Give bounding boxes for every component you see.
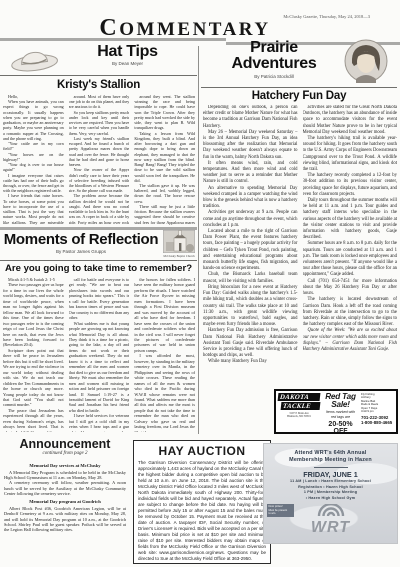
article-column: activities are slated for the Great Nort… <box>303 105 398 390</box>
moments-byline: By Pastor James Grupps <box>0 249 162 254</box>
paragraph: When you have animals, you can expect th… <box>3 99 64 141</box>
kristys-stallion-columns: Hello, When you have animals, you can ex… <box>3 94 195 225</box>
hat-tips-byline: By Dean Meyer <box>60 61 195 66</box>
church-photo <box>163 230 195 253</box>
wrt-door-prize-note: Door prizes! Must be present to win. <box>267 504 294 517</box>
paragraph: around. Most of them have only one job t… <box>69 94 130 110</box>
wrt-ad-line: • Hazen High School Gym <box>264 496 397 502</box>
article-column: around they went. The stallion winning t… <box>134 94 195 225</box>
paragraph: Hatchery Fun Day admission is free, Garr… <box>203 328 298 359</box>
kristys-stallion-headline: Kristy's Stallion <box>0 79 197 91</box>
paragraph: The peace that Jerusalem has experienced… <box>3 408 64 432</box>
paragraph: A Memorial Day Program is scheduled to b… <box>4 470 126 481</box>
cowboy-hat-icon <box>8 42 60 73</box>
wrt-ad-date: FRIDAY, JUNE 1 <box>264 470 397 479</box>
paragraph: Chub, the Bismarck Larks baseball team m… <box>203 272 298 284</box>
paragraph: May 26 – Memorial Day weekend Saturday –… <box>203 130 298 161</box>
divider <box>314 467 348 468</box>
paragraph: Located about a mile to the right of Gar… <box>203 229 298 272</box>
hatchery-headline: Hatchery Fun Day <box>201 90 397 102</box>
article-column: Micah 4:1-5 & Isaiah 2: 1-5 These two pa… <box>3 277 64 432</box>
church-photo-caption: McClusky Baptist Church <box>157 254 201 258</box>
column-divider <box>198 46 199 434</box>
dakota-tackle-logo: DAKOTA TACKLE 3107 E Main Ave Bismarck, … <box>278 393 320 430</box>
divider <box>201 87 397 88</box>
paragraph: Scripture does point out that there will… <box>3 348 64 408</box>
paragraph: Depending on one's outlook, a person can… <box>203 105 298 130</box>
paragraph: the honors for fallen soldiers. I have s… <box>134 277 195 353</box>
dakota-tackle-ad: DAKOTA TACKLE 3107 E Main Ave Bismarck, … <box>274 389 398 434</box>
remember-headline: Are you going to take time to remember? <box>0 263 197 274</box>
article-column: around. Most of them have only one job t… <box>69 94 130 225</box>
announcement-subhead: Memorial Day program at Goodrich <box>4 499 126 505</box>
hat-tips-title: Hat Tips <box>60 44 195 60</box>
columnist-headshot <box>344 39 388 83</box>
paragraph: activities are slated for the Great Nort… <box>303 105 398 136</box>
paragraph: The stallion gave it up. He was haltered… <box>134 183 195 204</box>
wrt-ad-title: Attend WRT's 64th Annual <box>264 450 397 457</box>
hay-auction-ad: HAY AUCTION The Garrison Diversion Conse… <box>133 440 271 564</box>
wrt-meeting-ad: Attend WRT's 64th Annual Membership Meet… <box>263 443 398 544</box>
ad-address: Bismarck, ND 58501 <box>278 415 320 418</box>
header-rule-left <box>0 38 226 41</box>
sale-subtext: red tags are <box>322 415 359 419</box>
divider <box>0 260 197 261</box>
hay-auction-body: The Garrison Diversion Conservancy Distr… <box>138 460 266 562</box>
paragraph: The problem arose because the stallion d… <box>69 193 130 225</box>
wrt-ad-title: Membership Meeting in Hazen <box>264 457 397 464</box>
paragraph: I have friends that raise horses. To rai… <box>3 193 64 225</box>
paragraph: So you keep stallions pretty much under … <box>69 110 130 136</box>
paragraph: "Your dog is over to our house again!" <box>3 162 64 172</box>
article-column: the honors for fallen soldiers. I have s… <box>134 277 195 432</box>
paragraph: I imagine everyone that raises cattle ha… <box>3 173 64 194</box>
paragraph: Now the owner of the Appys didn't really… <box>69 167 130 193</box>
prairie-byline: By Patricia Stockdill <box>208 74 340 79</box>
article-column: Hello, When you have animals, you can ex… <box>3 94 64 225</box>
paragraph: A cemetery ceremony will follow, weather… <box>4 480 126 496</box>
logo-text: TACKLE <box>281 402 321 410</box>
wifi-arcs-icon <box>309 504 353 517</box>
discount-text: 20-50% OFF <box>322 421 359 434</box>
paragraph: Activities get underway at 9 a.m. People… <box>203 210 298 229</box>
paragraph: I was afforded the most, however, by sta… <box>134 353 195 432</box>
hay-auction-title: HAY AUCTION <box>138 444 266 458</box>
paragraph: Daily tours throughout the summer months… <box>303 198 398 241</box>
paragraph: "Your horses are on the highway!" <box>3 152 64 162</box>
paragraph: Bring binoculars for a new event at Hatc… <box>203 285 298 328</box>
paragraph: Taking a lesson from Wild Kingdom, they … <box>134 131 195 183</box>
prairie-title-line2: Adventures <box>208 56 340 72</box>
quote-of-the-week: Quote of the Week: "We are so excited ab… <box>303 328 398 353</box>
paragraph: These two passages give us hope for a ti… <box>3 282 64 347</box>
paragraph: around they went. The stallion winning t… <box>134 94 195 131</box>
remember-columns: Micah 4:1-5 & Isaiah 2: 1-5 These two pa… <box>3 277 195 432</box>
prairie-title-line1: Prairie <box>208 40 340 56</box>
announcement-subhead: Memorial Day services at McClusky <box>4 463 126 469</box>
hatchery-columns: Depending on one's outlook, a person can… <box>203 105 397 390</box>
phone-number: 1-800-880-4665 <box>361 420 394 425</box>
article-column: Depending on one's outlook, a person can… <box>203 105 298 390</box>
paragraph: There still may be just a little frictio… <box>134 204 195 225</box>
announcement-title: Announcement <box>2 437 128 451</box>
paragraph: Last week my friend's stallion escaped. … <box>69 136 130 167</box>
article-column: call for battle and everyone is to get r… <box>69 277 130 432</box>
newspaper-page: McClusky Gazette, Thursday, May 24, 2018… <box>0 0 400 567</box>
paragraph: While many Hatchery Fun Day <box>203 359 298 365</box>
paragraph: The hatchery's hiking trail is available… <box>303 136 398 173</box>
paragraph: What saddens me is that young people are… <box>69 321 130 414</box>
hours-text: Until 9 pm <box>361 410 394 413</box>
paragraph: The hatchery recently completed a 12-foo… <box>303 173 398 198</box>
announcement-continued: continued from page 2 <box>2 451 128 456</box>
moments-title: Moments of Reflection <box>0 232 162 247</box>
announcement-body: Memorial Day services at McClusky A Memo… <box>4 460 126 564</box>
divider <box>0 75 197 76</box>
logo-text: DAKOTA <box>278 393 321 401</box>
red-tag-sale-text: Red Tag Sale! <box>322 393 359 409</box>
paragraph: Call (701) 654-7451 for more information… <box>303 279 398 298</box>
paragraph: The hatchery is located downstream of Ga… <box>303 297 398 328</box>
note-line: to win. <box>269 512 293 515</box>
paragraph: It often means wind, rain, and cold temp… <box>203 161 298 186</box>
paragraph: call for battle and everyone is to get r… <box>69 277 130 321</box>
paragraph: I have held services for veterans but I … <box>69 413 130 432</box>
wrt-logo-text: WRT <box>264 520 397 536</box>
paragraph: Summer hours are 8 a.m. to 8 p.m. daily … <box>303 241 398 278</box>
paragraph: Albert Block Post #36, Goodrich American… <box>4 506 126 533</box>
paragraph: An alternative to spending Memorial Day … <box>203 186 298 211</box>
paragraph: "Your cattle are in my corn field!" <box>3 141 64 151</box>
